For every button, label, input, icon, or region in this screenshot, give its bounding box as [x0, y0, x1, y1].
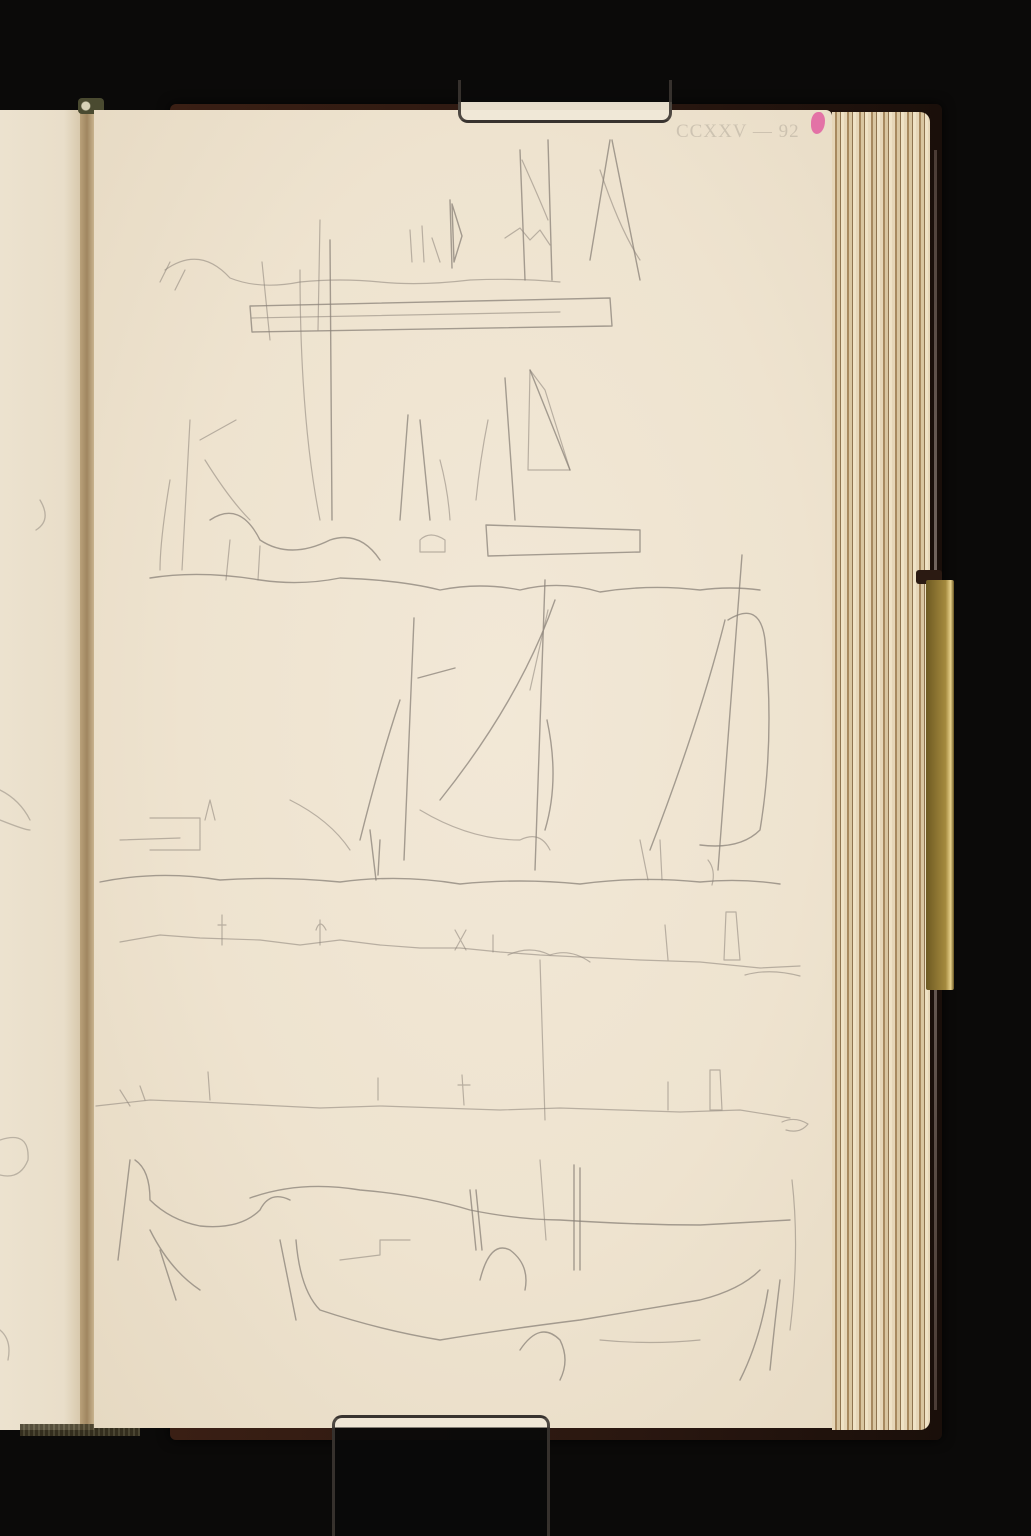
page-clip-top — [458, 80, 672, 123]
page-edge-stack — [832, 112, 930, 1430]
brass-tab — [926, 580, 954, 990]
pencil-inscription: CCXXV — 92 — [676, 121, 800, 143]
book-gutter — [80, 112, 94, 1430]
sketchbook-photo: CCXXV — 92 — [0, 0, 1031, 1536]
right-page — [94, 110, 832, 1428]
left-page — [0, 110, 80, 1430]
page-clip-bottom — [332, 1415, 550, 1536]
